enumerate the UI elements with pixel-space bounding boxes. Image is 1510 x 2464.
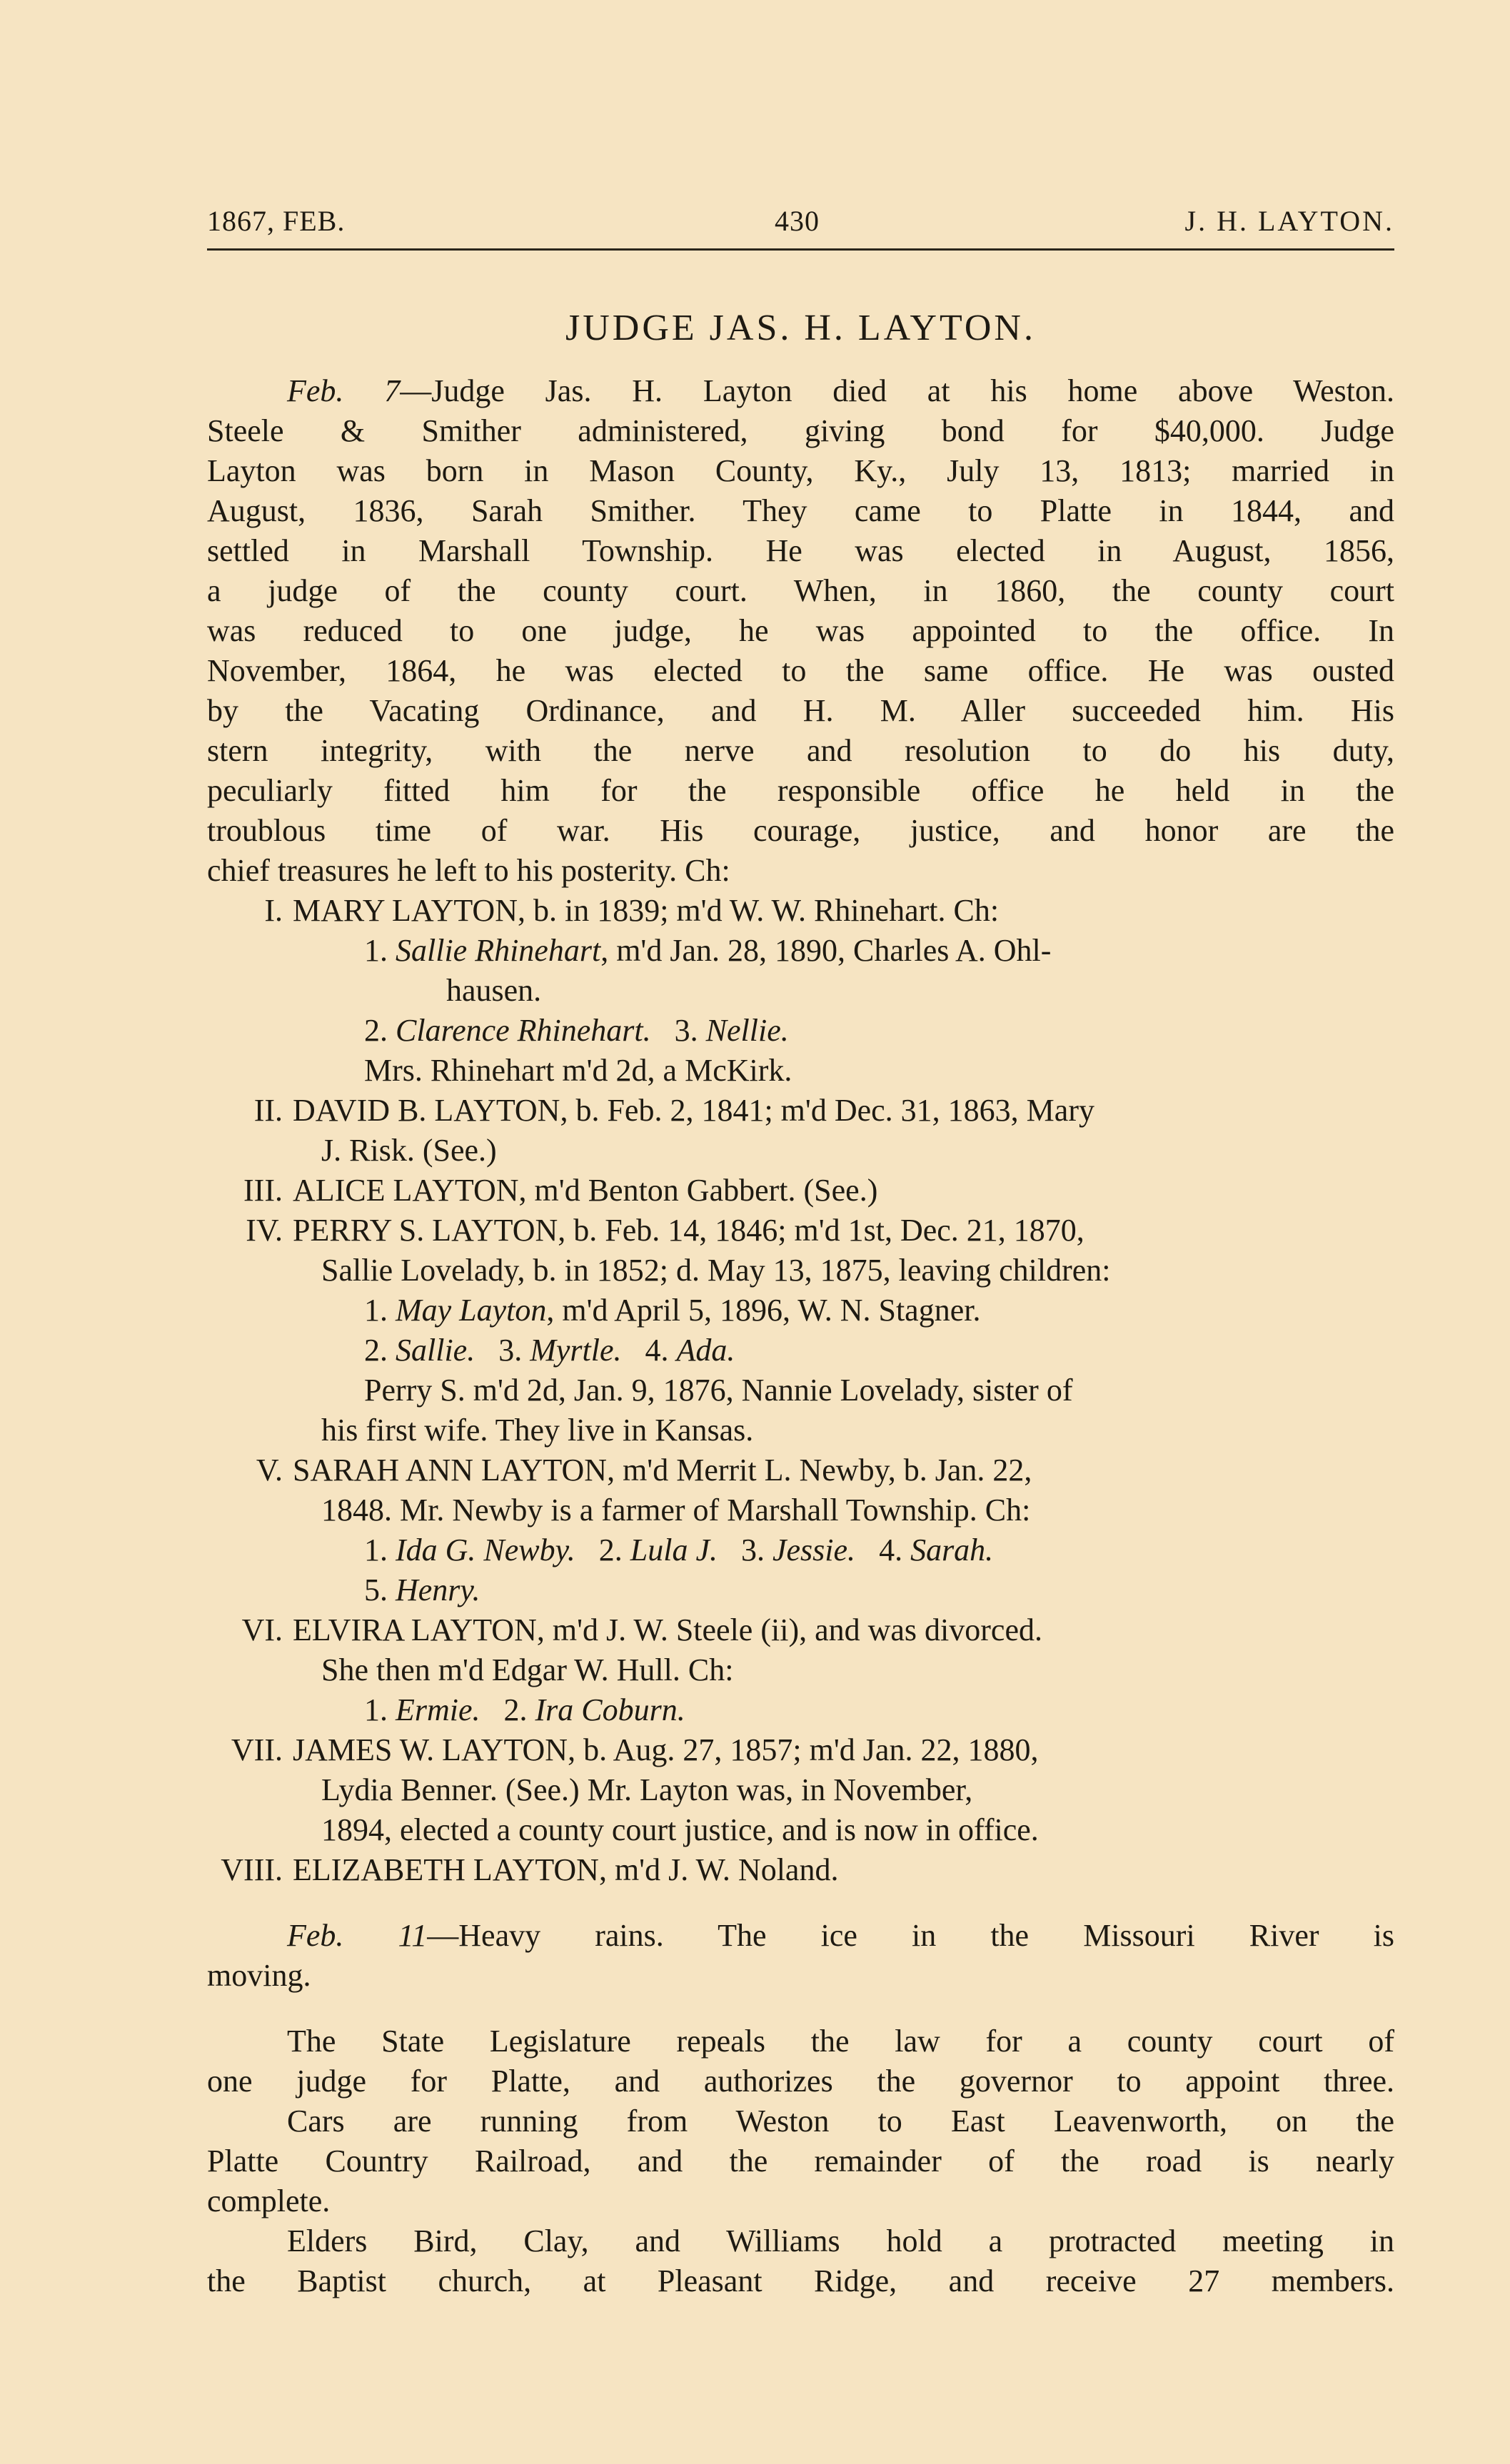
roman-numeral: VII.: [207, 1730, 283, 1770]
spacer: [207, 1890, 1394, 1916]
spacer: [207, 1996, 1394, 2021]
child-entry-i: I.MARY LAYTON, b. in 1839; m'd W. W. Rhi…: [207, 891, 1394, 1091]
body-line: troublous time of war. His courage, just…: [207, 811, 1394, 851]
roman-numeral: IV.: [207, 1211, 283, 1251]
body-line: one judge for Platte, and authorizes the…: [207, 2061, 1394, 2101]
child-entry-v: V.SARAH ANN LAYTON, m'd Merrit L. Newby,…: [207, 1450, 1394, 1610]
roman-numeral: II.: [207, 1091, 283, 1131]
entry-date: Feb. 11: [287, 1918, 427, 1953]
body-line: a judge of the county court. When, in 18…: [207, 571, 1394, 611]
header-rule: [207, 248, 1394, 251]
book-page: 1867, FEB. 430 J. H. LAYTON. JUDGE JAS. …: [207, 193, 1394, 2301]
child-entry-vii: VII.JAMES W. LAYTON, b. Aug. 27, 1857; m…: [207, 1730, 1394, 1850]
child-line: JAMES W. LAYTON, b. Aug. 27, 1857; m'd J…: [293, 1732, 1038, 1767]
body-line: was reduced to one judge, he was appoint…: [207, 611, 1394, 651]
paragraph-baptist-meeting: Elders Bird, Clay, and Williams hold a p…: [207, 2221, 1394, 2301]
body-line: November, 1864, he was elected to the sa…: [207, 651, 1394, 691]
body-line: settled in Marshall Township. He was ele…: [207, 531, 1394, 571]
entry-first-line: Feb. 11—Heavy rains. The ice in the Miss…: [207, 1916, 1394, 1956]
body-line: Platte Country Railroad, and the remaind…: [207, 2141, 1394, 2181]
entry-feb-7: Feb. 7—Judge Jas. H. Layton died at his …: [207, 371, 1394, 891]
body-line: Elders Bird, Clay, and Williams hold a p…: [207, 2221, 1394, 2261]
body-line: The State Legislature repeals the law fo…: [207, 2021, 1394, 2061]
child-note: Mrs. Rhinehart m'd 2d, a McKirk.: [207, 1051, 1394, 1091]
body-line: Cars are running from Weston to East Lea…: [207, 2101, 1394, 2141]
child-entry-iv: IV.PERRY S. LAYTON, b. Feb. 14, 1846; m'…: [207, 1211, 1394, 1450]
grandchild-line: 1. Sallie Rhinehart, m'd Jan. 28, 1890, …: [207, 931, 1394, 971]
child-continuation: 1894, elected a county court justice, an…: [207, 1810, 1394, 1850]
section-title: JUDGE JAS. H. LAYTON.: [207, 307, 1394, 350]
child-continuation: Sallie Lovelady, b. in 1852; d. May 13, …: [207, 1251, 1394, 1291]
entry-feb-11: Feb. 11—Heavy rains. The ice in the Miss…: [207, 1916, 1394, 1996]
paragraph-railroad: Cars are running from Weston to East Lea…: [207, 2101, 1394, 2221]
roman-numeral: VIII.: [207, 1850, 283, 1890]
body-line: by the Vacating Ordinance, and H. M. All…: [207, 691, 1394, 731]
roman-numeral: I.: [207, 891, 283, 931]
child-continuation: J. Risk. (See.): [207, 1131, 1394, 1171]
children-list: I.MARY LAYTON, b. in 1839; m'd W. W. Rhi…: [207, 891, 1394, 1890]
child-continuation: Lydia Benner. (See.) Mr. Layton was, in …: [207, 1770, 1394, 1810]
child-line: ELIZABETH LAYTON, m'd J. W. Noland.: [293, 1852, 838, 1887]
roman-numeral: III.: [207, 1171, 283, 1211]
grandchild-continuation: hausen.: [207, 971, 1394, 1011]
running-head-subject: J. H. LAYTON.: [1185, 204, 1394, 238]
child-line: ELVIRA LAYTON, m'd J. W. Steele (ii), an…: [293, 1612, 1042, 1647]
grandchild-line: 5. Henry.: [207, 1570, 1394, 1610]
child-entry-vi: VI.ELVIRA LAYTON, m'd J. W. Steele (ii),…: [207, 1610, 1394, 1730]
entry-first-line: Feb. 7—Judge Jas. H. Layton died at his …: [207, 371, 1394, 411]
page-number: 430: [775, 204, 820, 238]
roman-numeral: V.: [207, 1450, 283, 1490]
grandchild-line: 2. Clarence Rhinehart. 3. Nellie.: [207, 1011, 1394, 1051]
child-line: PERRY S. LAYTON, b. Feb. 14, 1846; m'd 1…: [293, 1213, 1084, 1248]
body-line: August, 1836, Sarah Smither. They came t…: [207, 491, 1394, 531]
body-line: moving.: [207, 1956, 1394, 1996]
paragraph-legislature: The State Legislature repeals the law fo…: [207, 2021, 1394, 2101]
body-line: complete.: [207, 2181, 1394, 2221]
child-entry-iii: III.ALICE LAYTON, m'd Benton Gabbert. (S…: [207, 1171, 1394, 1211]
child-note: Perry S. m'd 2d, Jan. 9, 1876, Nannie Lo…: [207, 1370, 1394, 1410]
body-line: peculiarly fitted him for the responsibl…: [207, 771, 1394, 811]
body-line: Steele & Smither administered, giving bo…: [207, 411, 1394, 451]
child-line: MARY LAYTON, b. in 1839; m'd W. W. Rhine…: [293, 893, 999, 928]
grandchild-line: 1. May Layton, m'd April 5, 1896, W. N. …: [207, 1291, 1394, 1331]
body-line: the Baptist church, at Pleasant Ridge, a…: [207, 2261, 1394, 2301]
grandchild-line: 1. Ermie. 2. Ira Coburn.: [207, 1690, 1394, 1730]
body-line: stern integrity, with the nerve and reso…: [207, 731, 1394, 771]
roman-numeral: VI.: [207, 1610, 283, 1650]
child-note-continuation: his first wife. They live in Kansas.: [207, 1410, 1394, 1450]
child-continuation: She then m'd Edgar W. Hull. Ch:: [207, 1650, 1394, 1690]
child-entry-viii: VIII.ELIZABETH LAYTON, m'd J. W. Noland.: [207, 1850, 1394, 1890]
grandchild-line: 1. Ida G. Newby. 2. Lula J. 3. Jessie. 4…: [207, 1530, 1394, 1570]
child-line: SARAH ANN LAYTON, m'd Merrit L. Newby, b…: [293, 1453, 1032, 1488]
body-line: chief treasures he left to his posterity…: [207, 851, 1394, 891]
child-line: DAVID B. LAYTON, b. Feb. 2, 1841; m'd De…: [293, 1093, 1094, 1128]
running-head: 1867, FEB. 430 J. H. LAYTON.: [207, 193, 1394, 250]
child-line: ALICE LAYTON, m'd Benton Gabbert. (See.): [293, 1173, 877, 1208]
grandchild-line: 2. Sallie. 3. Myrtle. 4. Ada.: [207, 1331, 1394, 1370]
child-entry-ii: II.DAVID B. LAYTON, b. Feb. 2, 1841; m'd…: [207, 1091, 1394, 1171]
running-head-date: 1867, FEB.: [207, 204, 345, 238]
child-continuation: 1848. Mr. Newby is a farmer of Marshall …: [207, 1490, 1394, 1530]
entry-date: Feb. 7: [287, 373, 400, 408]
body-line: Layton was born in Mason County, Ky., Ju…: [207, 451, 1394, 491]
